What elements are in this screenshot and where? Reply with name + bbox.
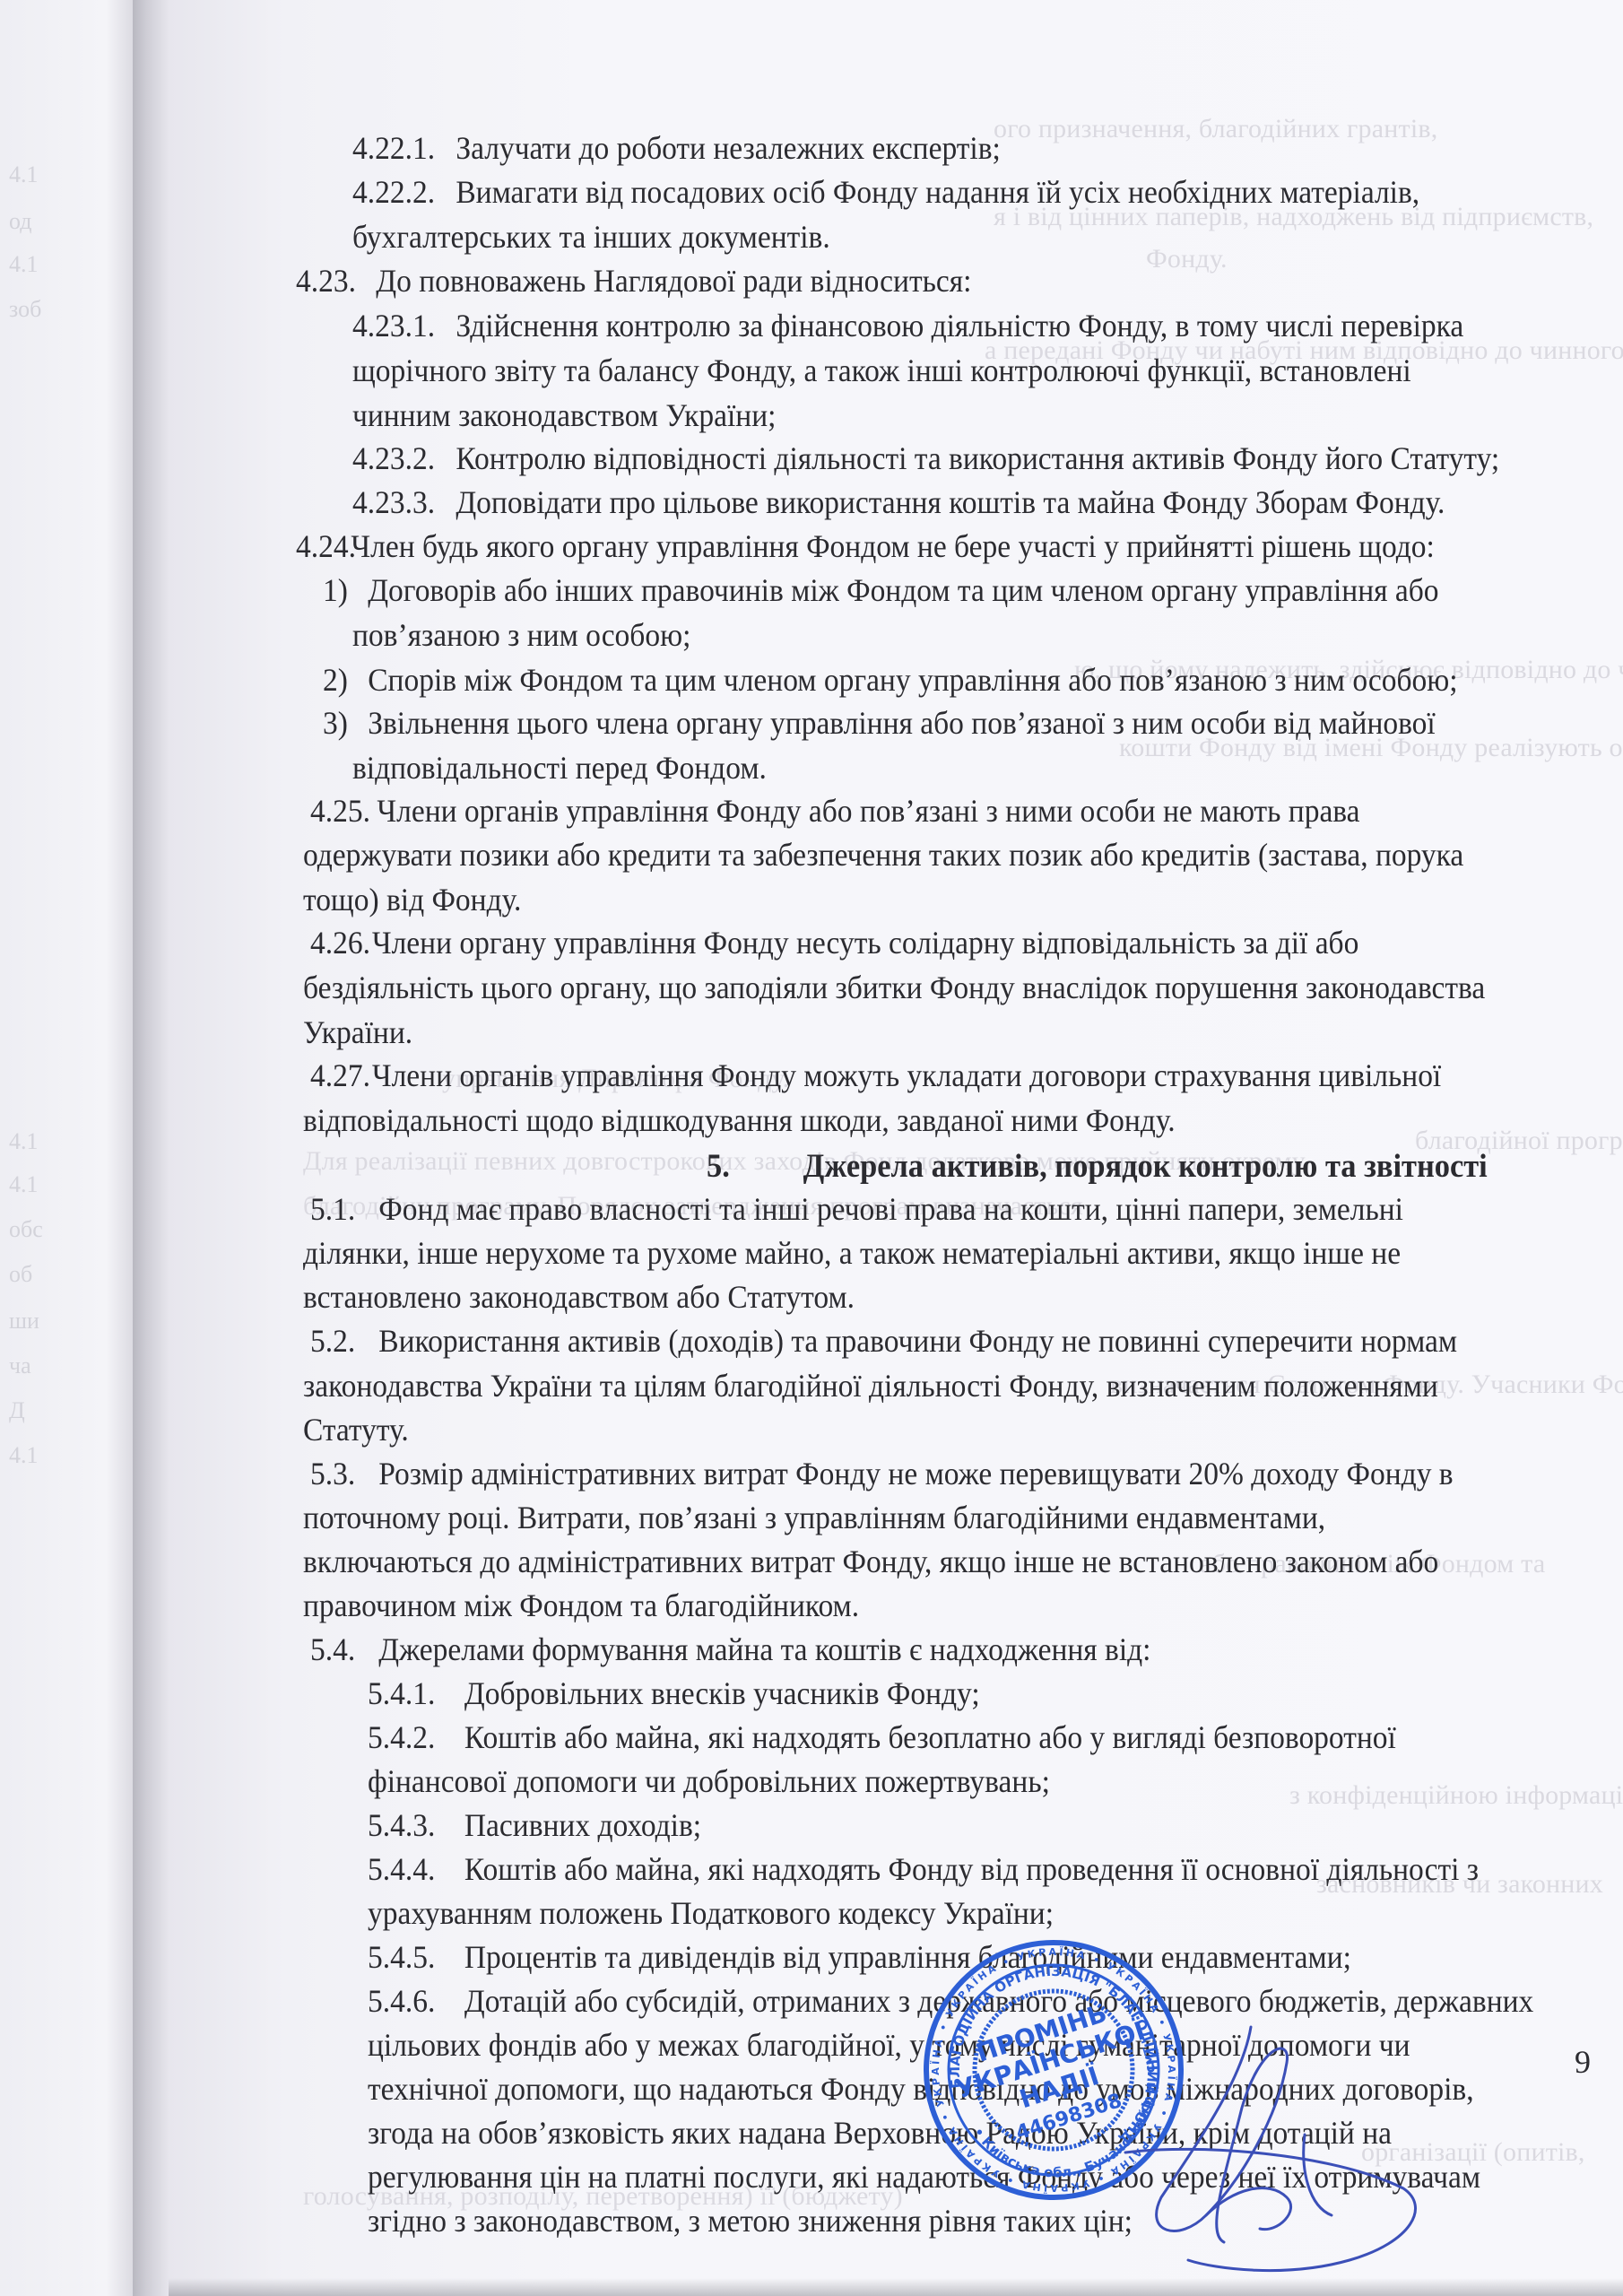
clause-number: 5.4.3. bbox=[368, 1809, 464, 1841]
clause-number: 5.1. bbox=[310, 1193, 378, 1225]
clause-text: бездіяльність цього органу, що заподіяли… bbox=[303, 970, 1485, 1005]
clause-text: Контролю відповідності діяльності та вик… bbox=[456, 440, 1499, 476]
clause-number: 4.23.1. bbox=[352, 309, 456, 342]
book-spine-shadow bbox=[133, 0, 169, 2296]
clause-text: Залучати до роботи незалежних експертів; bbox=[456, 130, 1000, 166]
left-page-ghost-text: об bbox=[9, 1261, 32, 1288]
clause-text: Договорів або інших правочинів між Фондо… bbox=[368, 572, 1438, 608]
document-line: згідно з законодавством, з метою зниженн… bbox=[368, 2205, 1133, 2237]
clause-text: Вимагати від посадових осіб Фонду наданн… bbox=[456, 174, 1419, 210]
document-line: бухгалтерських та інших документів. bbox=[352, 221, 830, 253]
clause-number: 4.22.2. bbox=[352, 176, 456, 208]
clause-text: Член будь якого органу управління Фондом… bbox=[351, 528, 1434, 564]
document-line: пов’язаною з ним особою; bbox=[352, 619, 690, 651]
clause-number: 1) bbox=[323, 574, 368, 606]
clause-text: одержувати позики або кредити та забезпе… bbox=[303, 837, 1463, 873]
clause-text: фінансової допомоги чи добровільних поже… bbox=[368, 1763, 1050, 1799]
left-page-ghost-text: 4.1 bbox=[9, 1171, 39, 1198]
left-page-ghost-text: 4.1 bbox=[9, 1442, 39, 1469]
bleed-through-line: з конфіденційною інформацією або bbox=[1289, 1780, 1623, 1811]
clause-text: Фонд має право власності та інші речові … bbox=[378, 1191, 1403, 1227]
document-line: 4.23.2.Контролю відповідності діяльності… bbox=[352, 442, 1499, 474]
document-line: 4.22.1.Залучати до роботи незалежних екс… bbox=[352, 132, 1001, 164]
clause-text: поточному році. Витрати, пов’язані з упр… bbox=[303, 1500, 1325, 1535]
clause-text: відповідальності перед Фондом. bbox=[352, 750, 767, 786]
clause-number: 5.4.5. bbox=[368, 1941, 464, 1973]
document-line: 4.23.1.Здійснення контролю за фінансовою… bbox=[352, 309, 1463, 342]
document-line: 5.4.Джерелами формування майна та коштів… bbox=[310, 1633, 1150, 1665]
left-page-ghost-text: од bbox=[9, 208, 31, 235]
clause-text: Використання активів (доходів) та правоч… bbox=[378, 1323, 1457, 1359]
document-line: правочином між Фондом та благодійником. bbox=[303, 1589, 859, 1622]
clause-number: 5.2. bbox=[310, 1325, 378, 1357]
document-line: бездіяльність цього органу, що заподіяли… bbox=[303, 971, 1485, 1004]
document-line: 5.4.3.Пасивних доходів; bbox=[368, 1809, 701, 1841]
clause-text: Члени органу управління Фонду несуть сол… bbox=[372, 925, 1359, 961]
signature bbox=[1107, 2009, 1430, 2296]
clause-number: 3) bbox=[323, 707, 368, 739]
clause-text: Доповідати про цільове використання кошт… bbox=[456, 484, 1445, 520]
document-line: 5.4.1.Добровільних внесків учасників Фон… bbox=[368, 1677, 980, 1709]
clause-text: Звільнення цього члена органу управління… bbox=[368, 705, 1436, 741]
document-line: тощо) від Фонду. bbox=[303, 883, 521, 916]
clause-text: Здійснення контролю за фінансовою діяльн… bbox=[456, 308, 1463, 344]
clause-text: пов’язаною з ним особою; bbox=[352, 617, 690, 653]
document-line: включаються до адміністративних витрат Ф… bbox=[303, 1545, 1438, 1578]
clause-text: Статуту. bbox=[303, 1412, 409, 1448]
section-heading: 5.Джерела активів, порядок контролю та з… bbox=[707, 1150, 1488, 1183]
clause-number: 4.23.3. bbox=[352, 486, 456, 518]
clause-text: відповідальності щодо відшкодування шкод… bbox=[303, 1102, 1176, 1138]
document-page: ого призначення, благодійних грантів,я і… bbox=[169, 0, 1623, 2296]
clause-text: правочином між Фондом та благодійником. bbox=[303, 1587, 859, 1623]
clause-text: Члени органів управління Фонду або пов’я… bbox=[377, 793, 1359, 829]
clause-number: 4.22.1. bbox=[352, 132, 456, 164]
clause-number: 2) bbox=[323, 664, 368, 696]
document-line: 4.23.До повноважень Наглядової ради відн… bbox=[296, 265, 971, 297]
clause-number: 4.24. bbox=[296, 530, 351, 562]
clause-number: 5.3. bbox=[310, 1457, 378, 1490]
clause-number: 5.4.4. bbox=[368, 1853, 464, 1885]
section-number: 5. bbox=[707, 1148, 730, 1185]
clause-text: Коштів або майна, які надходять безоплат… bbox=[464, 1719, 1396, 1755]
document-line: одержувати позики або кредити та забезпе… bbox=[303, 839, 1463, 871]
clause-text: включаються до адміністративних витрат Ф… bbox=[303, 1544, 1438, 1579]
left-page-ghost-text: 4.1 bbox=[9, 161, 39, 188]
clause-text: Джерелами формування майна та коштів є н… bbox=[378, 1631, 1150, 1667]
left-page-ghost-text: обс bbox=[9, 1216, 43, 1243]
left-page-ghost-text: Д bbox=[9, 1397, 25, 1424]
clause-text: бухгалтерських та інших документів. bbox=[352, 219, 830, 255]
document-line: 4.23.3.Доповідати про цільове використан… bbox=[352, 486, 1445, 518]
clause-number: 5.4. bbox=[310, 1633, 378, 1665]
document-line: поточному році. Витрати, пов’язані з упр… bbox=[303, 1501, 1325, 1534]
document-line: 4.24.Член будь якого органу управління Ф… bbox=[296, 530, 1435, 562]
clause-text: тощо) від Фонду. bbox=[303, 882, 521, 918]
document-line: 4.26.Члени органу управління Фонду несут… bbox=[310, 926, 1358, 959]
clause-number: 4.23.2. bbox=[352, 442, 456, 474]
clause-text: ділянки, інше нерухоме та рухоме майно, … bbox=[303, 1235, 1401, 1271]
document-line: ділянки, інше нерухоме та рухоме майно, … bbox=[303, 1237, 1401, 1269]
clause-number: 5.4.2. bbox=[368, 1721, 464, 1753]
clause-text: Пасивних доходів; bbox=[464, 1807, 701, 1843]
left-page-ghost-text: ши bbox=[9, 1308, 39, 1335]
document-line: 4.22.2.Вимагати від посадових осіб Фонду… bbox=[352, 176, 1419, 208]
clause-number: 5.4.1. bbox=[368, 1677, 464, 1709]
page-bottom-edge bbox=[169, 2278, 1623, 2296]
bleed-through-line: Фонду. bbox=[1146, 244, 1228, 274]
adjacent-left-page: 4.1од4.1зоб4.14.1обсобшичаД4.1 bbox=[0, 0, 133, 2296]
document-line: Статуту. bbox=[303, 1413, 409, 1446]
document-line: чинним законодавством України; bbox=[352, 399, 776, 431]
left-page-ghost-text: 4.1 bbox=[9, 251, 39, 278]
clause-text: встановлено законодавством або Статутом. bbox=[303, 1279, 855, 1315]
document-line: встановлено законодавством або Статутом. bbox=[303, 1281, 855, 1313]
clause-text: чинним законодавством України; bbox=[352, 397, 776, 433]
document-line: 4.25.Члени органів управління Фонду або … bbox=[310, 795, 1360, 827]
document-line: України. bbox=[303, 1016, 412, 1048]
clause-number: 4.23. bbox=[296, 265, 376, 297]
section-title: Джерела активів, порядок контролю та зві… bbox=[803, 1148, 1488, 1185]
left-page-ghost-text: ча bbox=[9, 1352, 31, 1379]
document-line: 1)Договорів або інших правочинів між Фон… bbox=[323, 574, 1439, 606]
clause-text: До повноважень Наглядової ради відносить… bbox=[376, 263, 971, 299]
left-page-ghost-text: 4.1 bbox=[9, 1128, 39, 1155]
clause-text: щорічного звіту та балансу Фонду, а тако… bbox=[352, 352, 1411, 388]
document-line: фінансової допомоги чи добровільних поже… bbox=[368, 1765, 1050, 1797]
clause-text: Члени органів управління Фонду можуть ук… bbox=[372, 1057, 1441, 1093]
document-line: 5.2.Використання активів (доходів) та пр… bbox=[310, 1325, 1457, 1357]
document-line: щорічного звіту та балансу Фонду, а тако… bbox=[352, 354, 1411, 387]
clause-text: Коштів або майна, які надходять Фонду ві… bbox=[464, 1851, 1479, 1887]
clause-number: 5.4.6. bbox=[368, 1985, 464, 2017]
clause-text: згідно з законодавством, з метою зниженн… bbox=[368, 2203, 1133, 2239]
clause-text: урахуванням положень Податкового кодексу… bbox=[368, 1895, 1054, 1931]
document-line: 3)Звільнення цього члена органу управлін… bbox=[323, 707, 1436, 739]
document-line: 2)Спорів між Фондом та цим членом органу… bbox=[323, 664, 1458, 696]
clause-number: 4.27. bbox=[310, 1059, 372, 1091]
page-number: 9 bbox=[1575, 2043, 1591, 2081]
clause-text: Спорів між Фондом та цим членом органу у… bbox=[368, 662, 1457, 698]
document-line: відповідальності перед Фондом. bbox=[352, 752, 767, 784]
document-line: урахуванням положень Податкового кодексу… bbox=[368, 1897, 1054, 1929]
document-line: законодавства України та цілям благодійн… bbox=[303, 1370, 1438, 1402]
bleed-through-line: ого призначення, благодійних грантів, bbox=[994, 114, 1437, 144]
document-line: 5.3.Розмір адміністративних витрат Фонду… bbox=[310, 1457, 1454, 1490]
left-page-ghost-text: зоб bbox=[9, 296, 41, 323]
clause-number: 4.26. bbox=[310, 926, 372, 959]
document-line: 4.27.Члени органів управління Фонду можу… bbox=[310, 1059, 1441, 1091]
clause-text: України. bbox=[303, 1014, 412, 1050]
document-line: відповідальності щодо відшкодування шкод… bbox=[303, 1104, 1176, 1136]
clause-text: Процентів та дивідендів від управління б… bbox=[464, 1939, 1351, 1975]
clause-number: 4.25. bbox=[310, 795, 377, 827]
document-line: 5.1.Фонд має право власності та інші реч… bbox=[310, 1193, 1403, 1225]
document-line: 5.4.2.Коштів або майна, які надходять бе… bbox=[368, 1721, 1396, 1753]
document-line: 5.4.4.Коштів або майна, які надходять Фо… bbox=[368, 1853, 1479, 1885]
clause-text: Добровільних внесків учасників Фонду; bbox=[464, 1675, 980, 1711]
document-line: 5.4.5.Процентів та дивідендів від управл… bbox=[368, 1941, 1351, 1973]
clause-text: законодавства України та цілям благодійн… bbox=[303, 1368, 1438, 1404]
clause-text: Розмір адміністративних витрат Фонду не … bbox=[378, 1456, 1453, 1492]
